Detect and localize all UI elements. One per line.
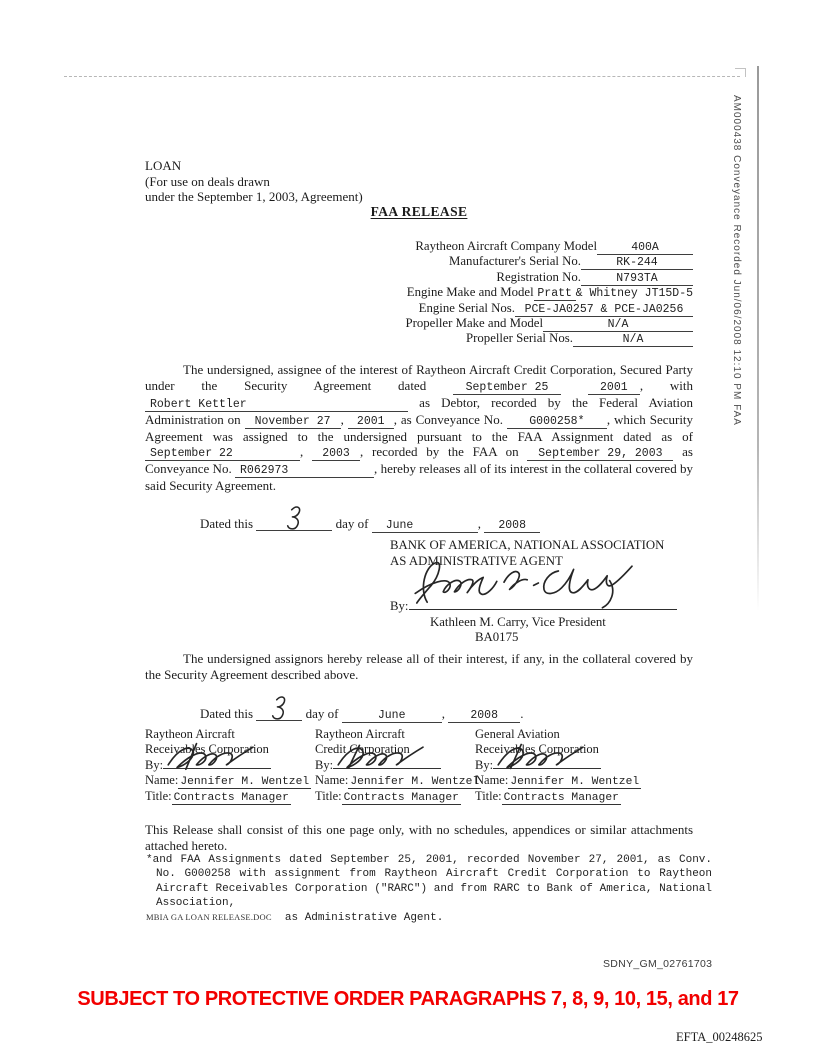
faa-recorded-date: September 29, 2003 (527, 447, 673, 461)
by-label: By: (145, 758, 163, 772)
release-text-4: , (341, 412, 344, 427)
signer-name: Jennifer M. Wentzel (348, 776, 481, 789)
value-propeller-serials: N/A (573, 333, 693, 347)
value-company-model: 400A (597, 241, 693, 255)
dated2-year: 2008 (448, 709, 520, 723)
protective-order-stamp: SUBJECT TO PROTECTIVE ORDER PARAGRAPHS 7… (70, 988, 746, 1011)
value-propeller-make: N/A (543, 318, 693, 332)
form-row-model: Raytheon Aircraft Company Model 400A (145, 239, 693, 254)
name-label: Name: (315, 773, 348, 787)
form-row-propeller-serials: Propeller Serial Nos. N/A (145, 331, 693, 346)
label-registration: Registration No. (496, 270, 581, 285)
form-row-registration: Registration No. N793TA (145, 270, 693, 285)
bank-signature-block: BANK OF AMERICA, NATIONAL ASSOCIATION AS… (390, 538, 695, 646)
value-engine-serials: PCE-JA0257 & PCE-JA0256 (515, 303, 693, 317)
one-page-text: This Release shall consist of this one p… (145, 822, 693, 853)
handwritten-day-3 (272, 695, 287, 721)
title-row: Title:Contracts Manager (145, 789, 315, 805)
scan-frame-corner (735, 68, 746, 77)
signer-name: Jennifer M. Wentzel (178, 776, 311, 789)
document-title-text: FAA RELEASE (371, 204, 468, 219)
signer-title: Contracts Manager (172, 792, 291, 805)
signer-name: Jennifer M. Wentzel (508, 776, 641, 789)
assignment-year: 2003 (312, 447, 360, 461)
dated2-lead: Dated this (200, 706, 253, 721)
signer-column-garc: General Aviation Receivables Corporation… (475, 727, 695, 805)
form-row-engine-make: Engine Make and Model Pratt & Whitney JT… (145, 285, 693, 300)
header-line-agreement: under the September 1, 2003, Agreement) (145, 189, 693, 205)
bank-signer-name: Kathleen M. Carry, Vice President (430, 615, 695, 631)
signer-title: Contracts Manager (502, 792, 621, 805)
handwritten-day-3 (287, 505, 302, 531)
by-label: By: (475, 758, 493, 772)
signature-jennifer-wentzel (495, 741, 595, 771)
name-label: Name: (145, 773, 178, 787)
dated-line-1: Dated this day of June, 2008 (200, 505, 540, 533)
company-name-line1: Raytheon Aircraft (315, 727, 475, 742)
one-page-paragraph: This Release shall consist of this one p… (145, 822, 693, 853)
signature-jennifer-wentzel (335, 741, 435, 771)
release-date-month-day: September 25 (453, 381, 561, 395)
signer-column-racc: Raytheon Aircraft Credit Corporation By:… (315, 727, 475, 805)
company-name-line1: Raytheon Aircraft (145, 727, 315, 742)
header-line-loan: LOAN (145, 158, 693, 174)
recorded-month-day: November 27 (245, 415, 341, 429)
dated2-day-blank (256, 695, 302, 721)
dated2-sep: , (442, 706, 445, 721)
label-company-model: Raytheon Aircraft Company Model (415, 239, 597, 254)
aircraft-form: Raytheon Aircraft Company Model 400A Man… (145, 239, 693, 347)
signer-column-rarc: Raytheon Aircraft Receivables Corporatio… (145, 727, 315, 805)
recorded-year: 2001 (348, 415, 394, 429)
value-registration: N793TA (581, 272, 693, 286)
release-text-2: , with (640, 378, 693, 393)
signature-kathleen-carry (408, 557, 648, 609)
release-text-5: , as Conveyance No. (394, 412, 503, 427)
scan-frame-right-edge (757, 66, 759, 611)
signer-title: Contracts Manager (342, 792, 461, 805)
by-row: By: (145, 757, 315, 773)
dated1-mid: day of (336, 516, 369, 531)
assignor-paragraph-text: The undersigned assignors hereby release… (145, 651, 693, 682)
title-label: Title: (145, 789, 172, 803)
form-row-engine-serials: Engine Serial Nos. PCE-JA0257 & PCE-JA02… (145, 301, 693, 316)
label-propeller-serials: Propeller Serial Nos. (466, 331, 573, 346)
document-title: FAA RELEASE (145, 204, 693, 220)
bank-by-label: By: (390, 599, 409, 613)
dated2-tail: . (520, 706, 523, 721)
title-row: Title:Contracts Manager (475, 789, 695, 805)
footnote-doc-ref: MBIA GA LOAN RELEASE.DOC (146, 912, 272, 922)
label-propeller-make: Propeller Make and Model (405, 316, 543, 331)
header-line-use: (For use on deals drawn (145, 174, 693, 190)
by-label: By: (315, 758, 333, 772)
release-text-7: , (300, 444, 303, 459)
bank-name: BANK OF AMERICA, NATIONAL ASSOCIATION (390, 538, 695, 554)
title-row: Title:Contracts Manager (315, 789, 475, 805)
value-manufacturer-serial: RK-244 (581, 256, 693, 270)
document-header: LOAN (For use on deals drawn under the S… (145, 158, 693, 205)
name-row: Name:Jennifer M. Wentzel (475, 773, 695, 789)
footnote-marker: * (146, 854, 153, 866)
title-label: Title: (475, 789, 502, 803)
name-label: Name: (475, 773, 508, 787)
dated1-month: June (372, 519, 478, 533)
dated1-sep: , (478, 516, 481, 531)
footnote-tail: as Administrative Agent. (285, 912, 443, 924)
conveyance-no-1: G000258* (507, 415, 607, 429)
footnote-last-line: MBIA GA LOAN RELEASE.DOC as Administrati… (146, 910, 712, 925)
value-engine-make-2: & Whitney JT15D-5 (576, 287, 693, 300)
scan-frame-top-edge (64, 76, 740, 77)
release-text-8: , recorded by the FAA on (360, 444, 519, 459)
name-row: Name:Jennifer M. Wentzel (145, 773, 315, 789)
label-engine-make: Engine Make and Model (407, 285, 534, 300)
by-row: By: (475, 757, 695, 773)
signature-jennifer-wentzel (165, 741, 265, 771)
label-manufacturer-serial: Manufacturer's Serial No. (449, 254, 581, 269)
assignor-signature-columns: Raytheon Aircraft Receivables Corporatio… (145, 727, 705, 805)
bank-by-line: By: (390, 597, 695, 615)
conveyance-no-2: R062973 (235, 464, 374, 478)
label-engine-serials: Engine Serial Nos. (419, 301, 515, 316)
release-date-year: 2001 (588, 381, 640, 395)
assignment-month-day: September 22 (145, 447, 300, 461)
dated-line-2: Dated this day of June, 2008. (200, 695, 523, 723)
title-label: Title: (315, 789, 342, 803)
bates-sdny: SDNY_GM_02761703 (603, 958, 712, 970)
dated1-lead: Dated this (200, 516, 253, 531)
assignor-paragraph: The undersigned assignors hereby release… (145, 651, 693, 682)
faa-recording-stamp-vertical: AM000438 Conveyance Recorded Jun/06/2008… (720, 95, 742, 495)
company-name-line1: General Aviation (475, 727, 695, 742)
footnote: *and FAA Assignments dated September 25,… (146, 853, 712, 925)
name-row: Name:Jennifer M. Wentzel (315, 773, 475, 789)
dated2-month: June (342, 709, 442, 723)
debtor-name: Robert Kettler (145, 398, 408, 412)
bank-code: BA0175 (475, 630, 695, 646)
release-paragraph: The undersigned, assignee of the interes… (145, 362, 693, 494)
footnote-body-wrap: *and FAA Assignments dated September 25,… (146, 853, 712, 910)
dated2-mid: day of (306, 706, 339, 721)
by-row: By: (315, 757, 475, 773)
dated1-day-blank (256, 505, 332, 531)
bates-efta: EFTA_00248625 (676, 1030, 763, 1045)
form-row-propeller-make: Propeller Make and Model N/A (145, 316, 693, 331)
dated1-year: 2008 (484, 519, 540, 533)
form-row-serial: Manufacturer's Serial No. RK-244 (145, 254, 693, 269)
footnote-body: and FAA Assignments dated September 25, … (153, 854, 712, 909)
value-engine-make-1: Pratt (534, 287, 576, 301)
